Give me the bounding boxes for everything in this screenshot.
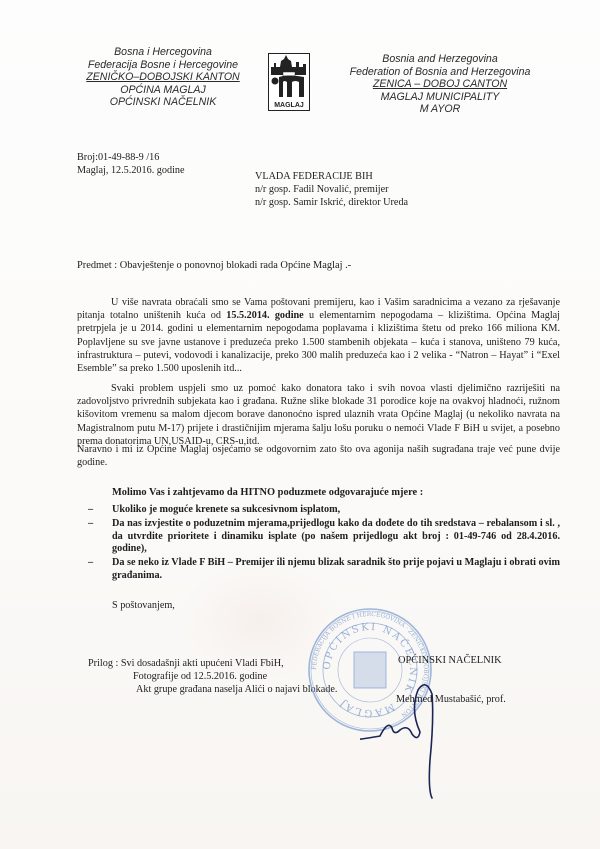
attachments: Prilog : Svi dosadašnji akti upućeni Vla…	[88, 657, 337, 696]
header-municipality: OPĆINA MAGLAJ	[78, 84, 248, 97]
demand-intro: Molimo Vas i zahtjevamo da HITNO poduzme…	[112, 487, 423, 498]
letter-page: Bosna i Hercegovina Federacija Bosne i H…	[0, 0, 600, 849]
header-office-en: M AYOR	[320, 103, 560, 116]
recipient-premier: n/r gosp. Fadil Novalić, premijer	[255, 183, 408, 196]
attachment-1: Prilog : Svi dosadašnji akti upućeni Vla…	[88, 657, 337, 670]
closing-salutation: S poštovanjem,	[112, 600, 175, 611]
header-local: Bosna i Hercegovina Federacija Bosne i H…	[78, 46, 248, 109]
list-item: – Da se neko iz Vlade F BiH – Premijer i…	[88, 557, 560, 583]
recipient-director: n/r gosp. Samir Iskrić, direktor Ureda	[255, 196, 408, 209]
list-item-text: Ukoliko je moguće krenete sa sukcesivnom…	[112, 504, 560, 517]
header-canton-en: ZENICA – DOBOJ CANTON	[320, 78, 560, 91]
list-item: – Da nas izvjestite o poduzetnim mjerama…	[88, 518, 560, 556]
list-item-text: Da nas izvjestite o poduzetnim mjerama,p…	[112, 518, 560, 556]
dash-bullet-icon: –	[88, 557, 112, 583]
reference-number: Broj:01-49-88-9 /16	[77, 151, 185, 164]
place-date: Maglaj, 12.5.2016. godine	[77, 164, 185, 177]
paragraph-1-date: 15.5.2014. godine	[226, 310, 303, 321]
attachment-3: Akt grupe građana naselja Alići o najavi…	[88, 683, 337, 696]
header-federation-en: Federation of Bosnia and Herzegovina	[320, 66, 560, 79]
paragraph-1: U više navrata obraćali smo se Vama pošt…	[77, 296, 560, 375]
recipient-institution: VLADA FEDERACIJE BIH	[255, 170, 408, 183]
list-item-text: Da se neko iz Vlade F BiH – Premijer ili…	[112, 557, 560, 583]
signatory-title: OPĆINSKI NAČELNIK	[398, 655, 502, 666]
attachment-2: Fotografije od 12.5.2016. godine	[88, 670, 337, 683]
list-item: – Ukoliko je moguće krenete sa sukcesivn…	[88, 504, 560, 517]
header-office: OPĆINSKI NAČELNIK	[78, 96, 248, 109]
reference-block: Broj:01-49-88-9 /16 Maglaj, 12.5.2016. g…	[77, 151, 185, 177]
handwritten-signature-icon	[360, 680, 510, 800]
demand-list: – Ukoliko je moguće krenete sa sukcesivn…	[88, 504, 560, 584]
header-federation: Federacija Bosne i Hercegovine	[78, 59, 248, 72]
paragraph-2: Svaki problem uspjeli smo uz pomoć kako …	[77, 382, 560, 448]
svg-text:MAGLAJ: MAGLAJ	[274, 102, 304, 109]
dash-bullet-icon: –	[88, 518, 112, 556]
header-country: Bosna i Hercegovina	[78, 46, 248, 59]
header-canton: ZENIČKO–DOBOJSKI KANTON	[78, 71, 248, 84]
dash-bullet-icon: –	[88, 504, 112, 517]
header-english: Bosnia and Herzegovina Federation of Bos…	[320, 53, 560, 116]
paragraph-3: Naravno i mi iz Općine Maglaj osjećamo s…	[77, 443, 560, 469]
header-country-en: Bosnia and Herzegovina	[320, 53, 560, 66]
subject-line: Predmet : Obavještenje o ponovnoj blokad…	[77, 260, 351, 271]
recipient-block: VLADA FEDERACIJE BIH n/r gosp. Fadil Nov…	[255, 170, 408, 209]
maglaj-coat-of-arms-icon: MAGLAJ	[268, 53, 310, 111]
header-municipality-en: MAGLAJ MUNICIPALITY	[320, 91, 560, 104]
